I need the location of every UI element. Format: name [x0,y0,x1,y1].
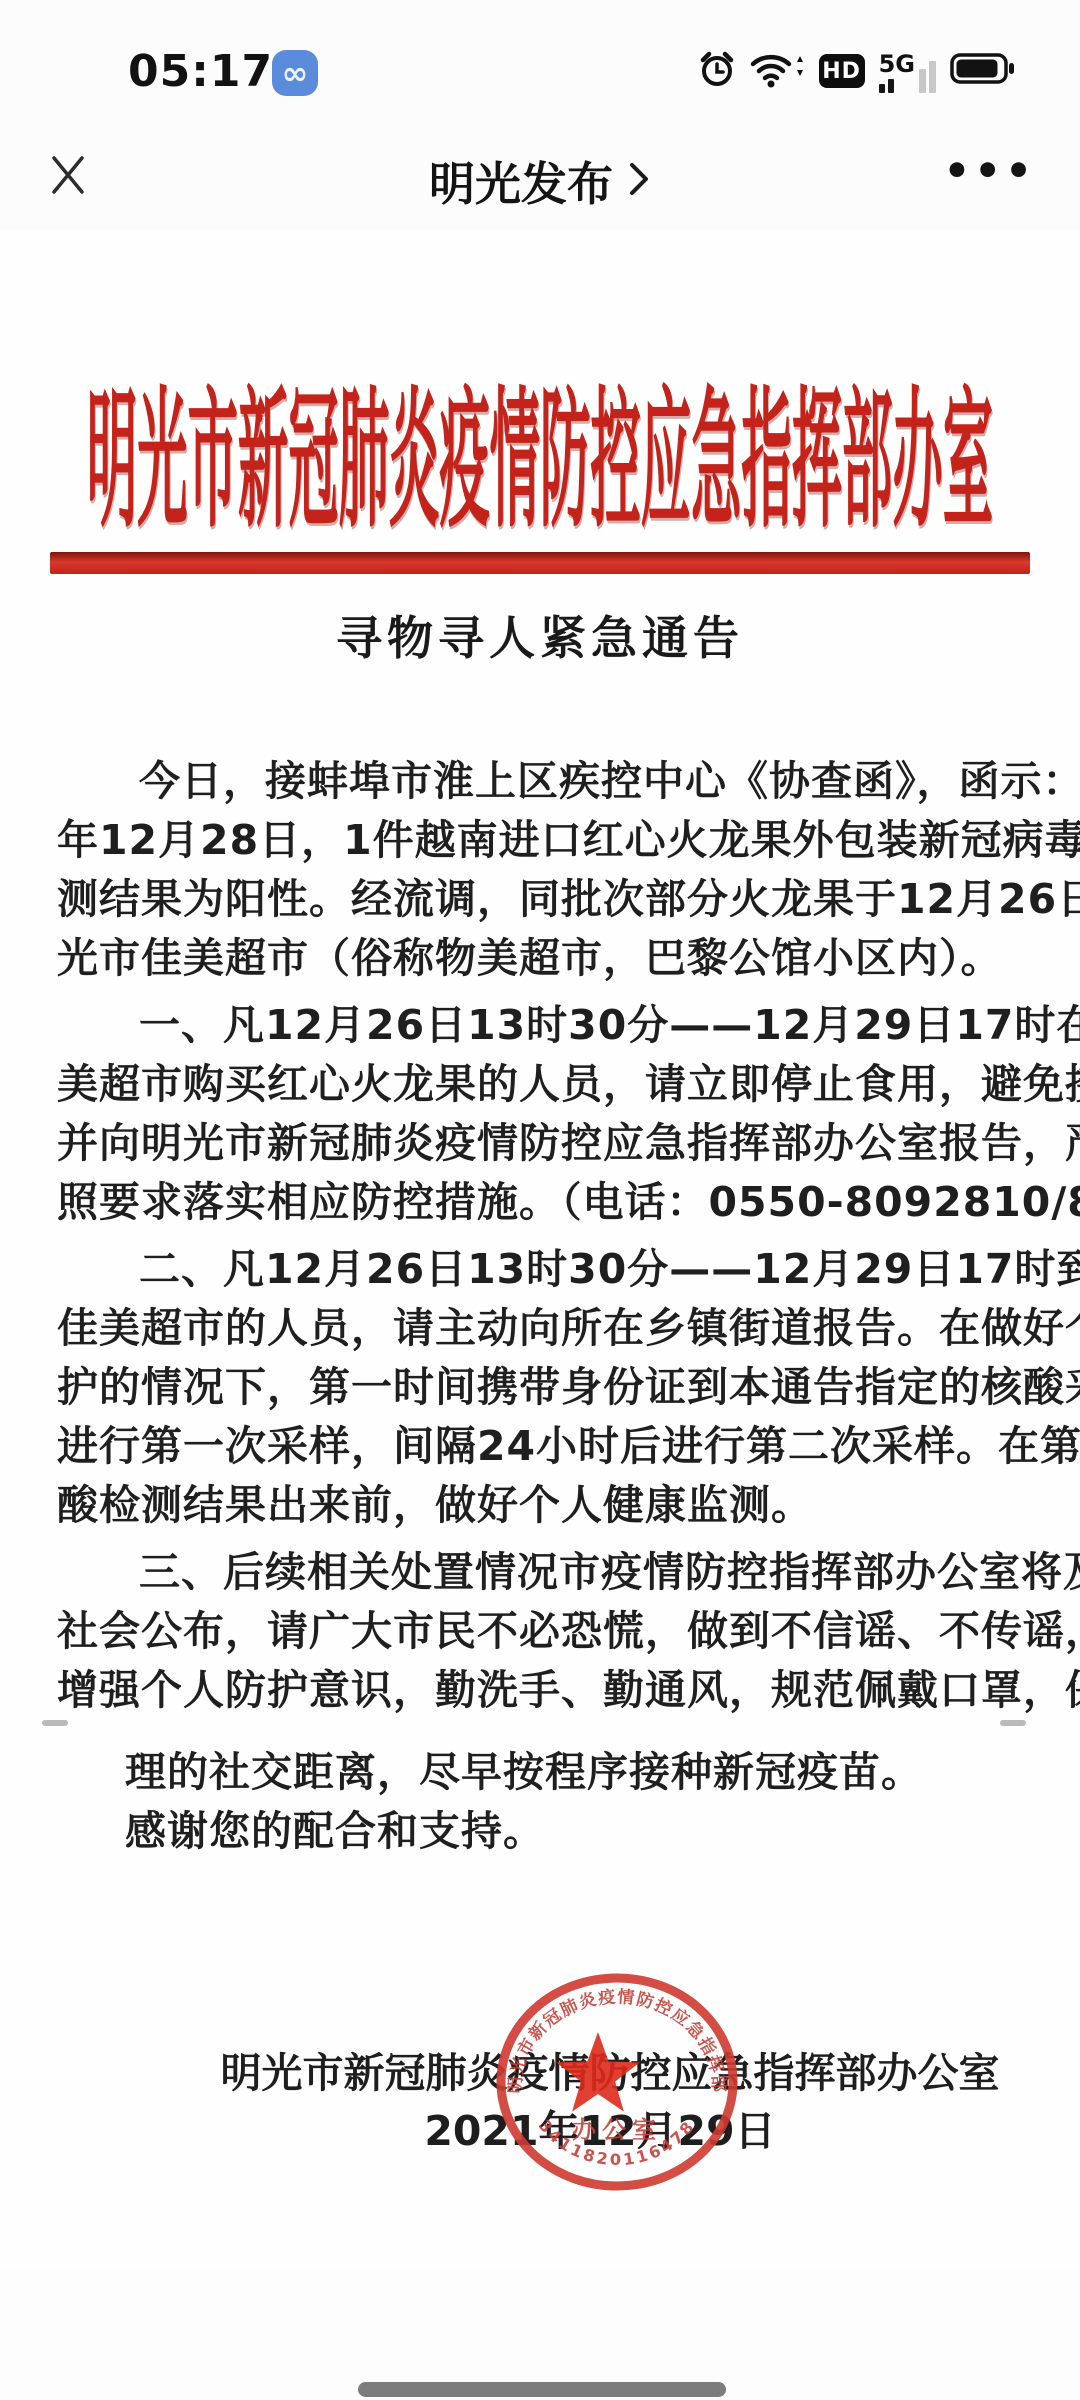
body-line: 测结果为阳性。经流调，同批次部分火龙果于12月26日流入明 [57,866,1023,925]
phone-screen: 05:17 ∞ [0,0,1080,2400]
body-text: 今日，接蚌埠市淮上区疾控中心《协查函》，函示：2021年12月28日，1件越南进… [57,748,1023,1724]
body-line: 一、凡12月26日13时30分——12月29日17时在明光市佳 [57,992,1023,1051]
article-header: 明光发布 ••• [0,120,1080,230]
body-line: 理的社交距离，尽早按程序接种新冠疫苗。 [125,1739,1025,1798]
paragraph: 二、凡12月26日13时30分——12月29日17时到过明光市佳美超市的人员，请… [57,1236,1023,1531]
body-line: 二、凡12月26日13时30分——12月29日17时到过明光市 [57,1236,1023,1295]
alarm-icon [699,50,735,92]
hd-badge-icon: HD [819,54,865,88]
chevron-right-icon [627,155,651,209]
body-line: 社会公布，请广大市民不必恐慌，做到不信谣、不传谣，时刻 [57,1598,1023,1657]
body-line: 酸检测结果出来前，做好个人健康监测。 [57,1472,1023,1531]
official-seal: 明光市新冠肺炎疫情防控应急指挥部 办公室 3411820116478 [492,1970,742,2196]
body-line: 增强个人防护意识，勤洗手、勤通风，规范佩戴口罩，保持合 [57,1657,1023,1716]
account-title[interactable]: 明光发布 [0,148,1080,214]
banner-underline-rule [50,552,1030,574]
body-line: 照要求落实相应防控措施。（电话：0550-8092810/8091565） [57,1169,1023,1228]
clock-time: 05:17 [128,46,273,97]
network-type-label: 5G [879,52,915,76]
body-line: 并向明光市新冠肺炎疫情防控应急指挥部办公室报告，严格按 [57,1110,1023,1169]
page-join-mark-right [1000,1720,1026,1726]
more-icon: ••• [943,146,1036,195]
continuation-text: 理的社交距离，尽早按程序接种新冠疫苗。感谢您的配合和支持。 [125,1739,1025,1857]
body-line: 感谢您的配合和支持。 [125,1798,1025,1857]
body-line: 进行第一次采样，间隔24小时后进行第二次采样。在第二次核 [57,1413,1023,1472]
page-join-mark-left [42,1720,68,1726]
body-line: 光市佳美超市（俗称物美超市，巴黎公馆小区内）。 [57,925,1023,984]
hd-label: HD [822,59,861,84]
infinity-glyph: ∞ [282,57,309,89]
body-line: 护的情况下，第一时间携带身份证到本通告指定的核酸采样点 [57,1354,1023,1413]
sim1-signal-bars [879,79,894,93]
status-bar: 05:17 ∞ [0,0,1080,120]
notice-title: 寻物寻人紧急通告 [0,611,1080,666]
body-line: 美超市购买红心火龙果的人员，请立即停止食用，避免接触， [57,1051,1023,1110]
paragraph: 三、后续相关处置情况市疫情防控指挥部办公室将及时向社会公布，请广大市民不必恐慌，… [57,1539,1023,1716]
account-name: 明光发布 [429,157,613,211]
seal-star-icon [556,2032,640,2112]
infinity-app-icon: ∞ [272,50,318,96]
home-indicator[interactable] [358,2382,726,2397]
status-icons: HD 5G [699,48,1016,94]
body-line: 今日，接蚌埠市淮上区疾控中心《协查函》，函示：2021 [57,748,1023,807]
more-menu-button[interactable]: ••• [943,140,1036,200]
body-line: 佳美超市的人员，请主动向所在乡镇街道报告。在做好个人防 [57,1295,1023,1354]
paragraph: 一、凡12月26日13时30分——12月29日17时在明光市佳美超市购买红心火龙… [57,992,1023,1228]
cellular-signal-icon: 5G [879,49,936,93]
issuing-office-banner: 明光市新冠肺炎疫情防控应急指挥部办室 [27,387,1053,538]
body-line: 年12月28日，1件越南进口红心火龙果外包装新冠病毒核酸检 [57,807,1023,866]
seal-center-label: 办公室 [572,2116,662,2144]
body-line: 三、后续相关处置情况市疫情防控指挥部办公室将及时向 [57,1539,1023,1598]
wifi-icon [749,50,805,92]
battery-icon [950,51,1016,91]
paragraph: 今日，接蚌埠市淮上区疾控中心《协查函》，函示：2021年12月28日，1件越南进… [57,748,1023,984]
sim2-signal-bars [919,49,936,93]
